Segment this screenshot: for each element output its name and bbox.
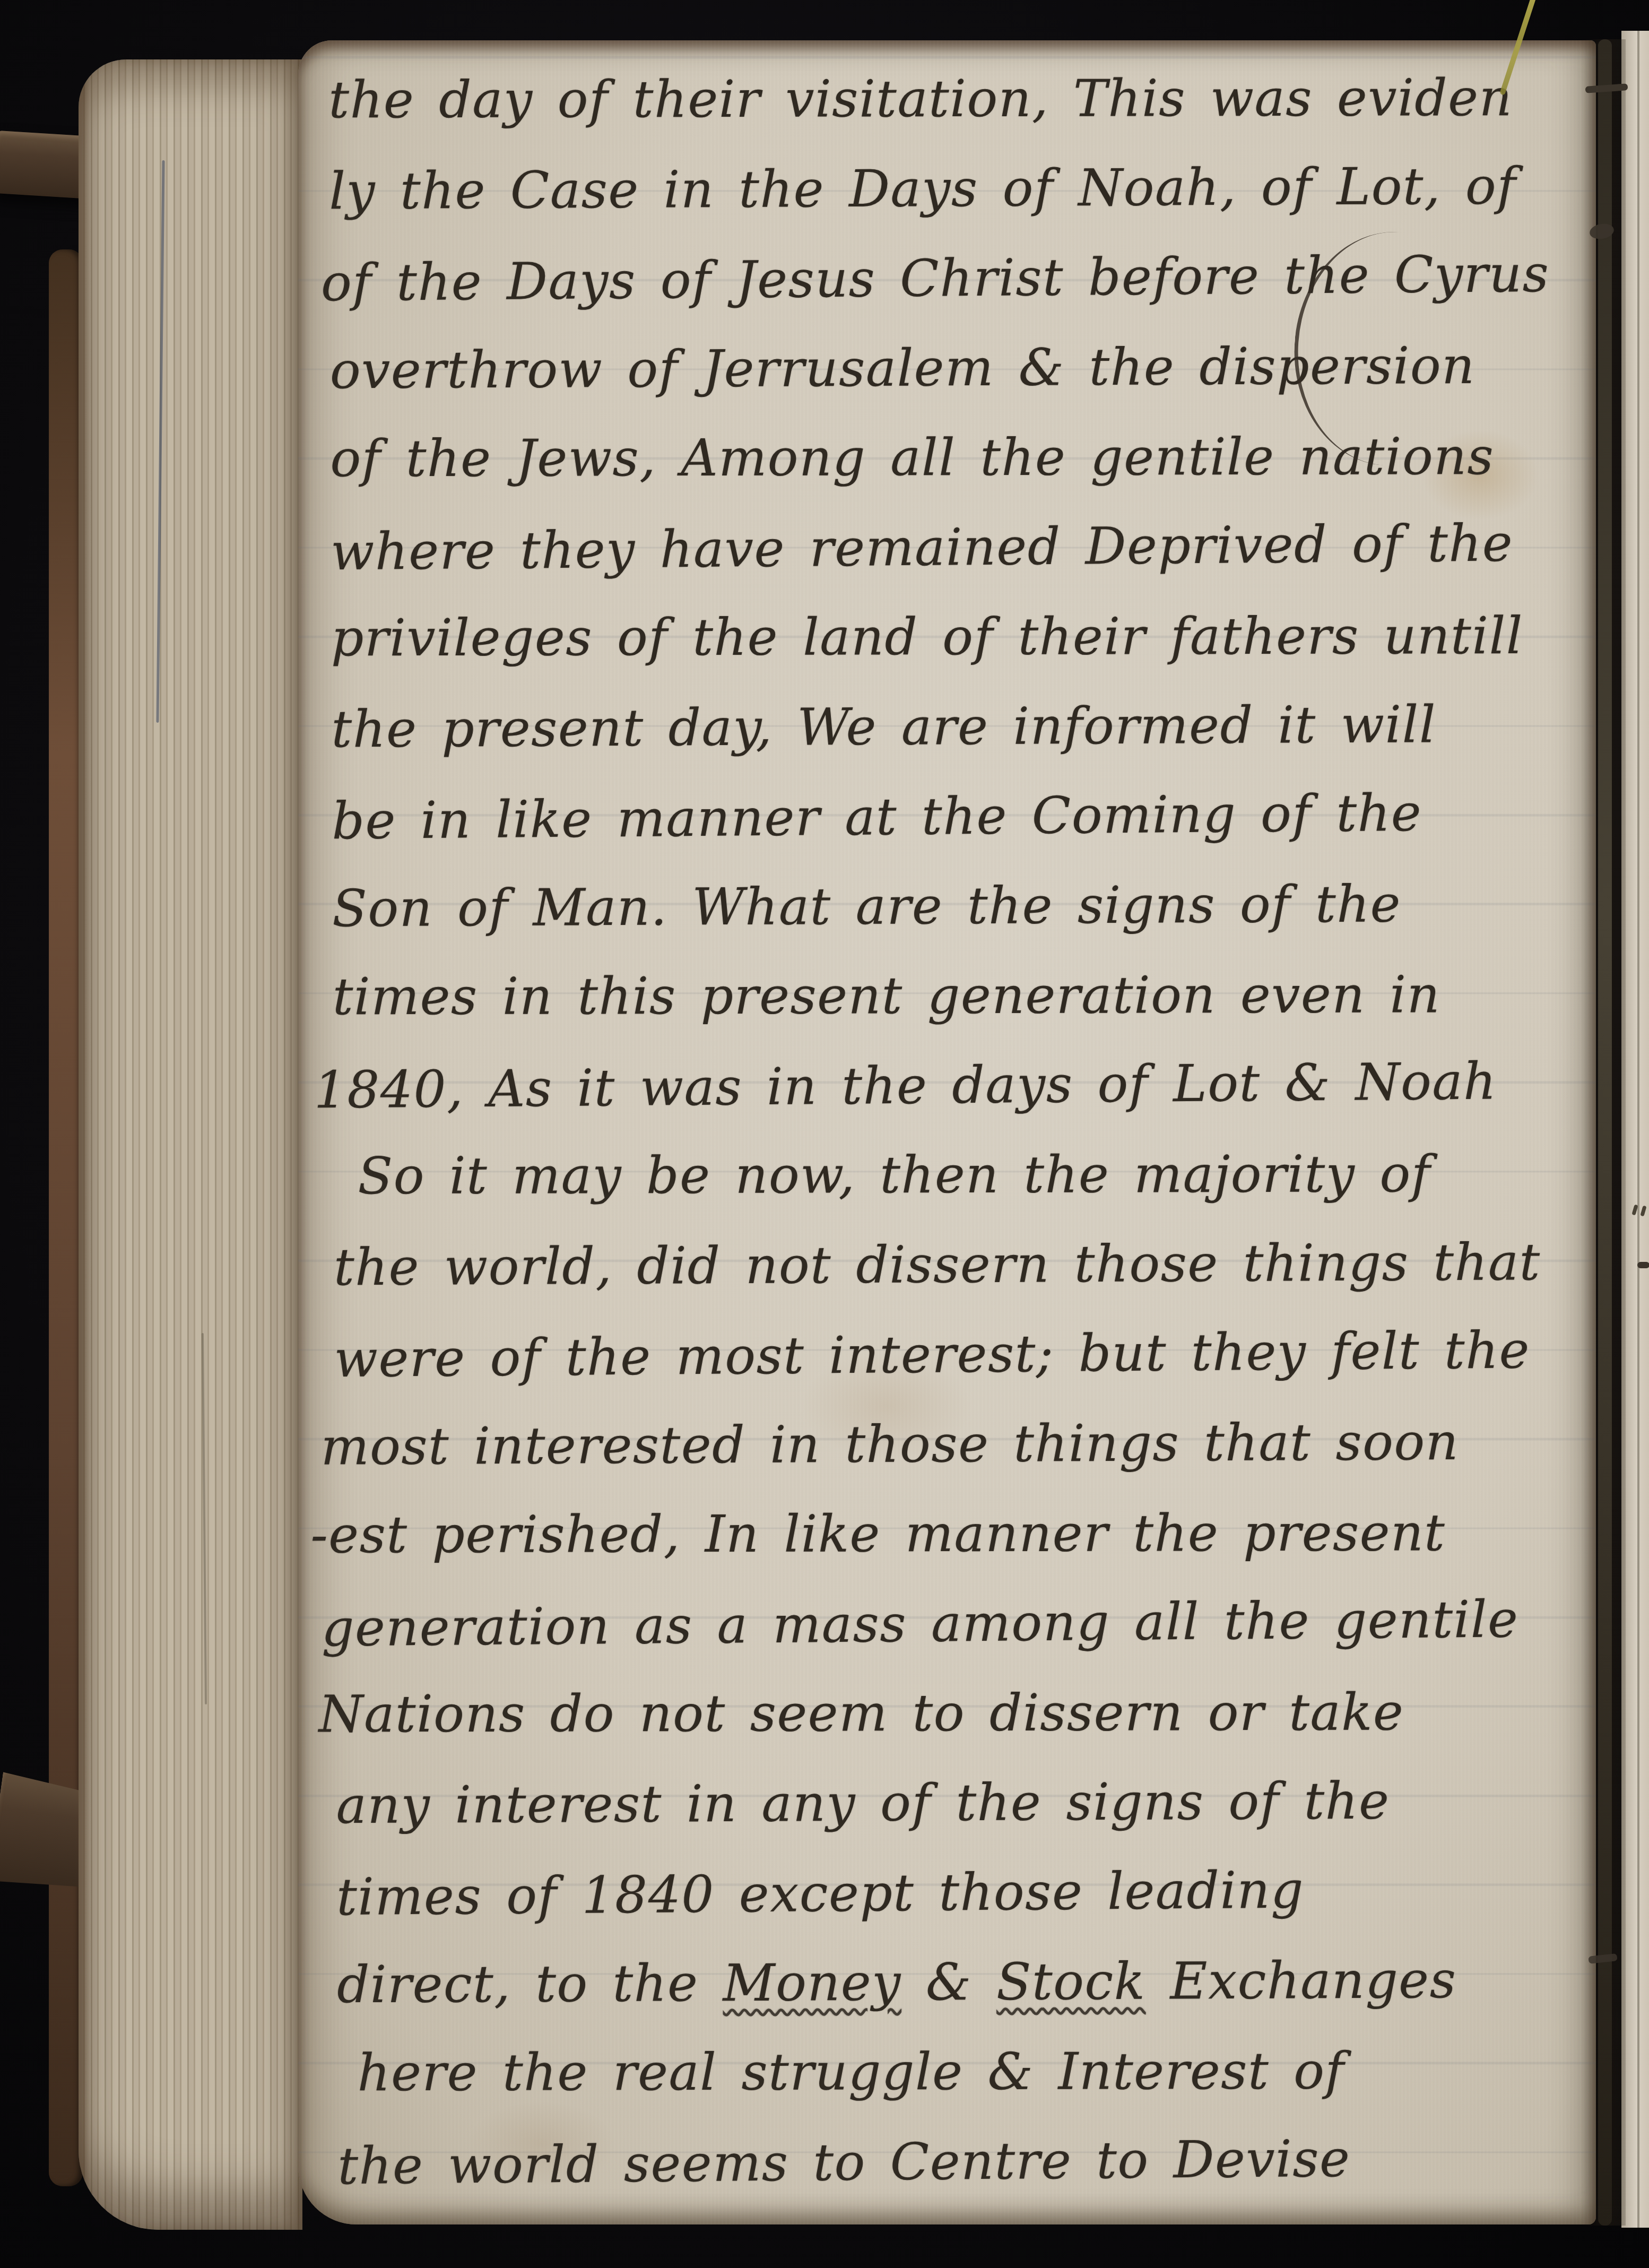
leather-spine-edge bbox=[49, 249, 83, 2186]
text-segment: of the Jews, Among all the gentile natio… bbox=[330, 427, 1494, 488]
underlined-word: Stock bbox=[996, 1952, 1146, 2012]
ink-mark bbox=[1637, 1262, 1649, 1268]
facing-page-crease bbox=[1637, 31, 1639, 2228]
handwriting-line: So it may be now, then the majority of bbox=[358, 1129, 1596, 1222]
text-segment: ly the Case in the Days of Noah, of Lot,… bbox=[329, 157, 1516, 221]
text-segment: the day of their visitation, This was ev… bbox=[328, 68, 1513, 129]
underlined-word: Money bbox=[723, 1953, 901, 2013]
text-segment: generation as a mass among all the genti… bbox=[322, 1589, 1519, 1658]
handwriting-line: the day of their visitation, This was ev… bbox=[328, 53, 1596, 145]
handwriting-line: the world, did not dissern those things … bbox=[334, 1217, 1596, 1313]
handwriting-line: where they have remained Deprived of the bbox=[331, 498, 1596, 597]
page-gutter-shadow bbox=[1581, 39, 1626, 2226]
handwriting-line: Son of Man. What are the signs of the bbox=[332, 859, 1596, 954]
handwriting-line: here the real struggle & Interest of bbox=[358, 2026, 1596, 2118]
journal-page: the day of their visitation, This was ev… bbox=[298, 40, 1596, 2224]
text-segment: most interested in those things that soo… bbox=[320, 1412, 1459, 1476]
handwriting-line: generation as a mass among all the genti… bbox=[321, 1574, 1596, 1674]
page-edge-vein bbox=[156, 160, 164, 723]
handwriting-line: of the Jews, Among all the gentile natio… bbox=[330, 412, 1596, 504]
text-segment: were of the most interest; but they felt… bbox=[334, 1320, 1530, 1389]
text-segment: Exchanges bbox=[1145, 1950, 1456, 2011]
text-segment: here the real struggle & Interest of bbox=[358, 2041, 1345, 2103]
handwriting-line: most interested in those things that soo… bbox=[320, 1397, 1596, 1492]
text-segment: privileges of the land of their fathers … bbox=[331, 606, 1523, 668]
book-photo: the day of their visitation, This was ev… bbox=[0, 0, 1649, 2268]
text-segment: Son of Man. What are the signs of the bbox=[332, 875, 1401, 939]
text-segment: where they have remained Deprived of the bbox=[331, 513, 1514, 582]
handwriting-line: times of 1840 except those leading bbox=[336, 1843, 1596, 1942]
text-segment: So it may be now, then the majority of bbox=[358, 1144, 1431, 1206]
handwriting-line: Nations do not seem to dissern or take bbox=[319, 1667, 1596, 1760]
handwriting-line: -est perished, In like manner the presen… bbox=[310, 1488, 1596, 1580]
handwriting-line: 1840, As it was in the days of Lot & Noa… bbox=[314, 1036, 1596, 1136]
text-segment: -est perished, In like manner the presen… bbox=[310, 1503, 1445, 1564]
text-segment: the world seems to Centre to Devise bbox=[337, 2129, 1351, 2196]
handwriting-line: direct, to the Money & Stock Exchanges bbox=[337, 1935, 1596, 2030]
text-segment: & bbox=[901, 1952, 996, 2012]
handwriting-line: be in like manner at the Coming of the bbox=[332, 767, 1596, 866]
handwriting-line: privileges of the land of their fathers … bbox=[331, 591, 1596, 683]
gutter-binding-line bbox=[1598, 39, 1612, 2226]
handwriting-line: the world seems to Centre to Devise bbox=[337, 2112, 1596, 2211]
page-edge-vein bbox=[202, 1333, 207, 1704]
handwriting-line: any interest in any of the signs of the bbox=[336, 1755, 1596, 1851]
handwriting-line: times in this present generation even in bbox=[333, 950, 1596, 1042]
text-segment: 1840, As it was in the days of Lot & Noa… bbox=[314, 1052, 1497, 1120]
handwriting-line: the present day, We are informed it will bbox=[331, 679, 1596, 775]
text-segment: times of 1840 except those leading bbox=[336, 1860, 1304, 1927]
text-segment: any interest in any of the signs of the bbox=[336, 1771, 1390, 1836]
text-segment: direct, to the bbox=[337, 1953, 723, 2014]
handwriting-line: ly the Case in the Days of Noah, of Lot,… bbox=[329, 141, 1596, 237]
text-segment: be in like manner at the Coming of the bbox=[332, 783, 1422, 851]
text-segment: the world, did not dissern those things … bbox=[334, 1232, 1541, 1297]
text-segment: times in this present generation even in bbox=[333, 965, 1440, 1026]
handwriting-line: were of the most interest; but they felt… bbox=[334, 1305, 1596, 1404]
text-segment: the present day, We are informed it will bbox=[331, 695, 1436, 759]
text-segment: Nations do not seem to dissern or take bbox=[319, 1683, 1404, 1744]
book-fore-edge bbox=[79, 59, 302, 2230]
